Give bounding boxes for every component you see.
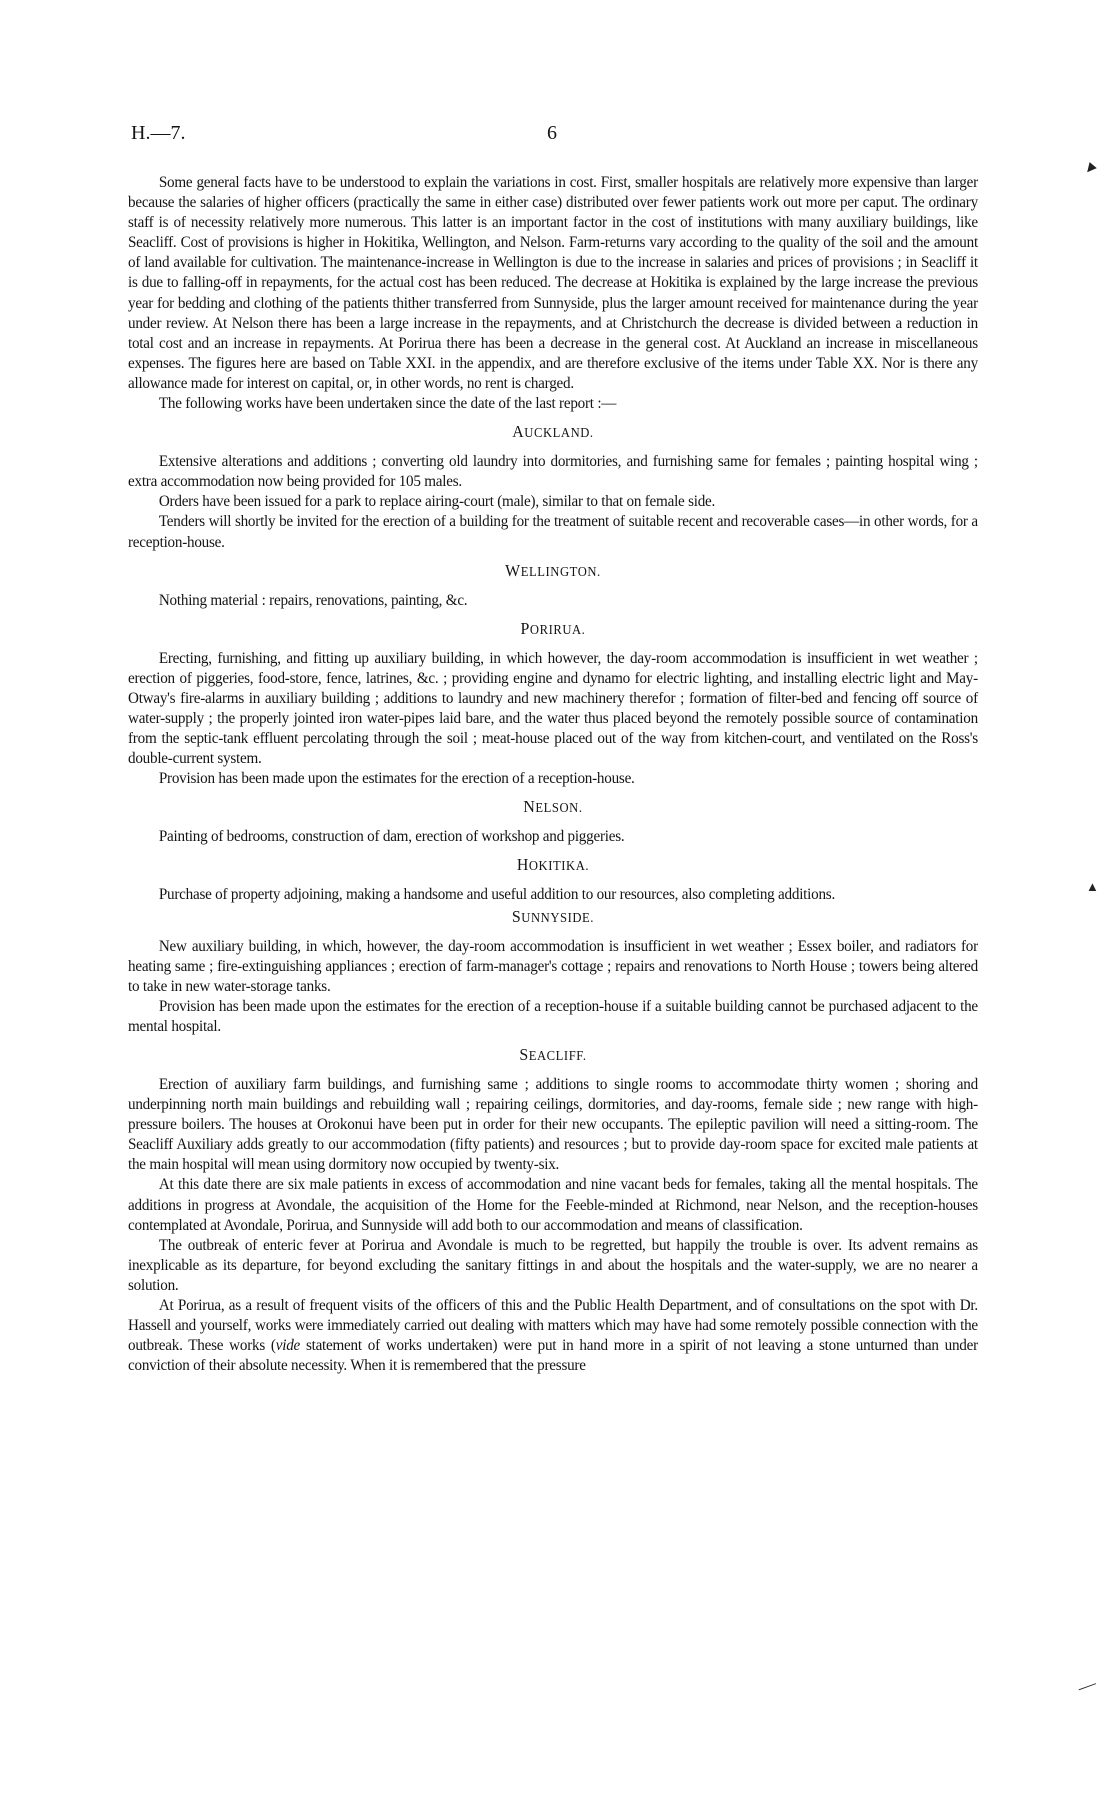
scan-mark-icon: — xyxy=(1075,1673,1099,1699)
heading-rest: ELLINGTON. xyxy=(521,564,601,579)
paragraph-auckland-1: Extensive alterations and additions ; co… xyxy=(128,451,978,491)
paragraph-nelson-1: Painting of bedrooms, construction of da… xyxy=(128,826,978,846)
heading-rest: ELSON. xyxy=(535,800,582,815)
report-body: Some general facts have to be understood… xyxy=(128,172,978,1375)
section-heading-hokitika: HOKITIKA. xyxy=(128,855,978,876)
section-heading-auckland: AUCKLAND. xyxy=(128,422,978,443)
heading-initial: A xyxy=(512,422,524,441)
paragraph-auckland-2: Orders have been issued for a park to re… xyxy=(128,491,978,511)
paragraph-porirua-2: Provision has been made upon the estimat… xyxy=(128,768,978,788)
heading-rest: UCKLAND. xyxy=(524,425,593,440)
section-heading-sunnyside: SUNNYSIDE. xyxy=(128,907,978,928)
heading-initial: P xyxy=(521,619,530,638)
scan-mark-icon: ▲ xyxy=(1086,879,1099,895)
heading-rest: OKITIKA. xyxy=(529,858,589,873)
section-heading-nelson: NELSON. xyxy=(128,797,978,818)
scan-mark-icon: ▼ xyxy=(1078,157,1102,181)
paragraph-auckland-3: Tenders will shortly be invited for the … xyxy=(128,511,978,551)
heading-initial: S xyxy=(519,1045,528,1064)
paragraph-sunnyside-2: Provision has been made upon the estimat… xyxy=(128,996,978,1036)
heading-rest: EACLIFF. xyxy=(529,1048,587,1063)
heading-initial: S xyxy=(512,907,521,926)
paragraph-porirua-outbreak: At Porirua, as a result of frequent visi… xyxy=(128,1295,978,1375)
paragraph-wellington-1: Nothing material : repairs, renovations,… xyxy=(128,590,978,610)
paragraph-seacliff-3: The outbreak of enteric fever at Porirua… xyxy=(128,1235,978,1295)
paragraph-sunnyside-1: New auxiliary building, in which, howeve… xyxy=(128,936,978,996)
heading-initial: W xyxy=(505,561,521,580)
heading-initial: N xyxy=(523,797,535,816)
page-header: H.—7. 6 xyxy=(131,120,976,146)
paragraph-works-intro: The following works have been undertaken… xyxy=(128,393,978,413)
heading-initial: H xyxy=(517,855,529,874)
paragraph-hokitika-1: Purchase of property adjoining, making a… xyxy=(128,884,978,904)
heading-rest: ORIRUA. xyxy=(530,622,585,637)
heading-rest: UNNYSIDE. xyxy=(521,910,594,925)
paragraph-seacliff-1: Erection of auxiliary farm buildings, an… xyxy=(128,1074,978,1174)
section-heading-wellington: WELLINGTON. xyxy=(128,561,978,582)
document-reference: H.—7. xyxy=(131,120,185,146)
section-heading-seacliff: SEACLIFF. xyxy=(128,1045,978,1066)
page-number: 6 xyxy=(547,120,557,146)
paragraph-porirua-1: Erecting, furnishing, and fitting up aux… xyxy=(128,648,978,769)
paragraph-seacliff-2: At this date there are six male patients… xyxy=(128,1174,978,1234)
italic-vide: vide xyxy=(276,1336,300,1354)
section-heading-porirua: PORIRUA. xyxy=(128,619,978,640)
paragraph-cost-variations: Some general facts have to be understood… xyxy=(128,172,978,393)
